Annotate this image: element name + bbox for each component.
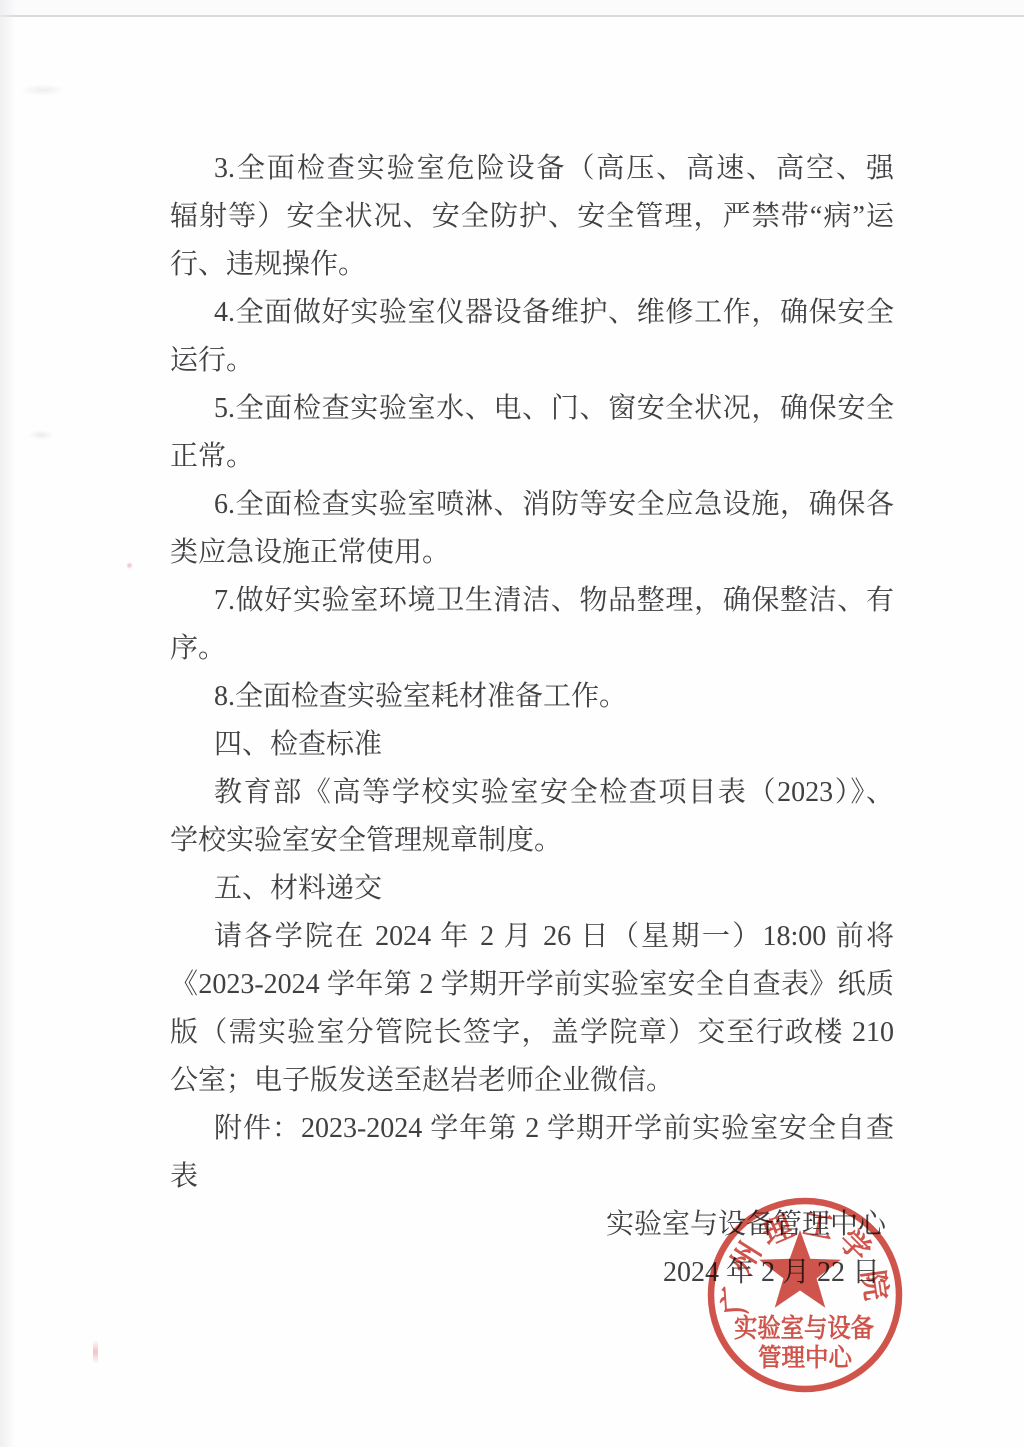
body-line: 5.全面检查实验室水、电、门、窗安全状况，确保安全 <box>170 385 894 433</box>
scanner-left-edge <box>0 0 16 1447</box>
scan-artifact-red-dot <box>126 562 133 569</box>
document-body: 3.全面检查实验室危险设备（高压、高速、高空、强电、 辐射等）安全状况、安全防护… <box>170 145 894 1297</box>
scanner-top-edge <box>0 0 1024 17</box>
signature-date: 2024 年 2 月 22 日 <box>170 1249 894 1297</box>
body-line: 《2023-2024 学年第 2 学期开学前实验室安全自查表》纸质 <box>170 961 894 1009</box>
body-line: 类应急设施正常使用。 <box>170 529 894 577</box>
attachment-line: 表 <box>170 1153 894 1201</box>
body-line: 学校实验室安全管理规章制度。 <box>170 817 894 865</box>
body-line: 教育部《高等学校实验室安全检查项目表（2023）》、 <box>170 769 894 817</box>
body-line: 6.全面检查实验室喷淋、消防等安全应急设施，确保各 <box>170 481 894 529</box>
scan-artifact-smudge <box>28 430 54 440</box>
attachment-line: 附件：2023-2024 学年第 2 学期开学前实验室安全自查 <box>170 1105 894 1153</box>
scanned-document-page: 3.全面检查实验室危险设备（高压、高速、高空、强电、 辐射等）安全状况、安全防护… <box>0 0 1024 1447</box>
seal-line1: 实验室与设备 <box>734 1313 874 1343</box>
body-line: 运行。 <box>170 337 894 385</box>
body-line: 正常。 <box>170 433 894 481</box>
body-line: 7.做好实验室环境卫生清洁、物品整理，确保整洁、有 <box>170 577 894 625</box>
body-line: 版（需实验室分管院长签字，盖学院章）交至行政楼 210 办 <box>170 1009 894 1057</box>
body-line: 请各学院在 2024 年 2 月 26 日（星期一）18:00 前将 <box>170 913 894 961</box>
body-line: 公室；电子版发送至赵岩老师企业微信。 <box>170 1057 894 1105</box>
body-line: 辐射等）安全状况、安全防护、安全管理，严禁带“病”运 <box>170 193 894 241</box>
body-line: 行、违规操作。 <box>170 241 894 289</box>
body-line: 序。 <box>170 625 894 673</box>
body-line: 3.全面检查实验室危险设备（高压、高速、高空、强电、 <box>170 145 894 193</box>
section-heading: 四、检查标准 <box>170 721 894 769</box>
body-line: 4.全面做好实验室仪器设备维护、维修工作，确保安全 <box>170 289 894 337</box>
scan-artifact-smudge <box>20 84 66 96</box>
seal-line2: 管理中心 <box>758 1343 853 1372</box>
scan-artifact-pink-streak <box>93 1340 98 1364</box>
signature-org: 实验室与设备管理中心 <box>170 1201 894 1249</box>
body-line: 8.全面检查实验室耗材准备工作。 <box>170 673 894 721</box>
section-heading: 五、材料递交 <box>170 865 894 913</box>
